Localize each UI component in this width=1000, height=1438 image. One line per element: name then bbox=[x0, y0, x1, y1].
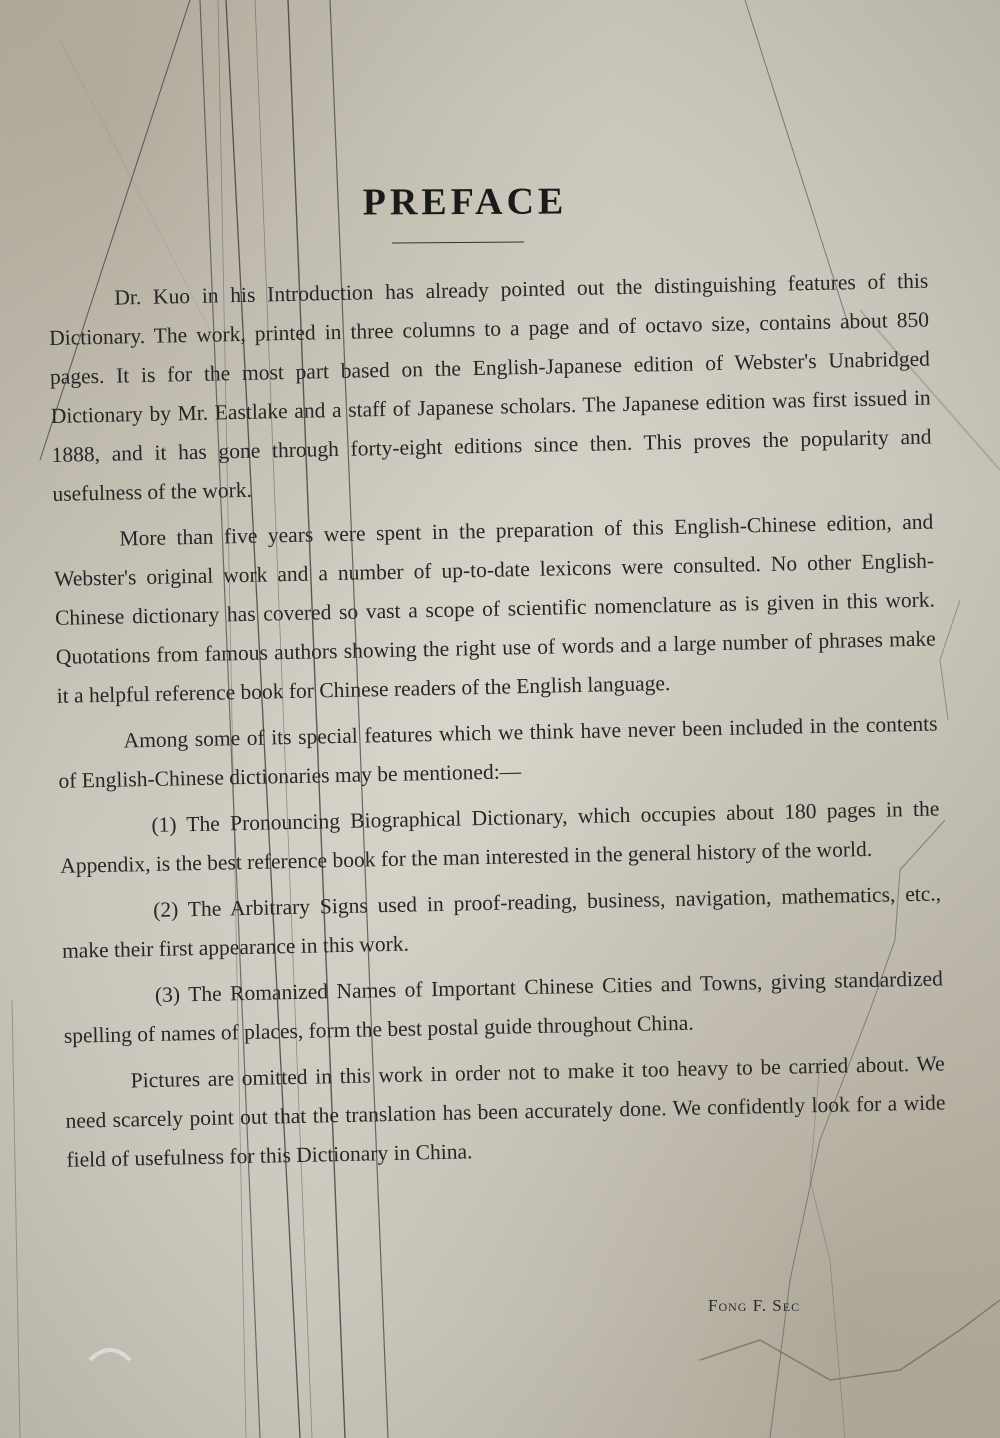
preface-body: Dr. Kuo in his Introduction has already … bbox=[48, 262, 947, 1187]
paragraph-preparation: More than five years were spent in the p… bbox=[53, 503, 937, 716]
author-signature: Fong F. Sec bbox=[708, 1296, 800, 1316]
title-divider bbox=[392, 242, 524, 244]
page-title: PREFACE bbox=[0, 178, 930, 227]
feature-item-2: (2) The Arbitrary Signs used in proof-re… bbox=[61, 874, 942, 970]
document-page: PREFACE Dr. Kuo in his Introduction has … bbox=[0, 0, 1000, 1438]
paragraph-closing: Pictures are omitted in this work in ord… bbox=[64, 1044, 946, 1179]
paragraph-special-features: Among some of its special features which… bbox=[57, 704, 938, 800]
feature-item-3: (3) The Romanized Names of Important Chi… bbox=[63, 959, 944, 1055]
feature-item-1: (1) The Pronouncing Biographical Diction… bbox=[59, 789, 940, 885]
paragraph-introduction: Dr. Kuo in his Introduction has already … bbox=[48, 262, 933, 514]
